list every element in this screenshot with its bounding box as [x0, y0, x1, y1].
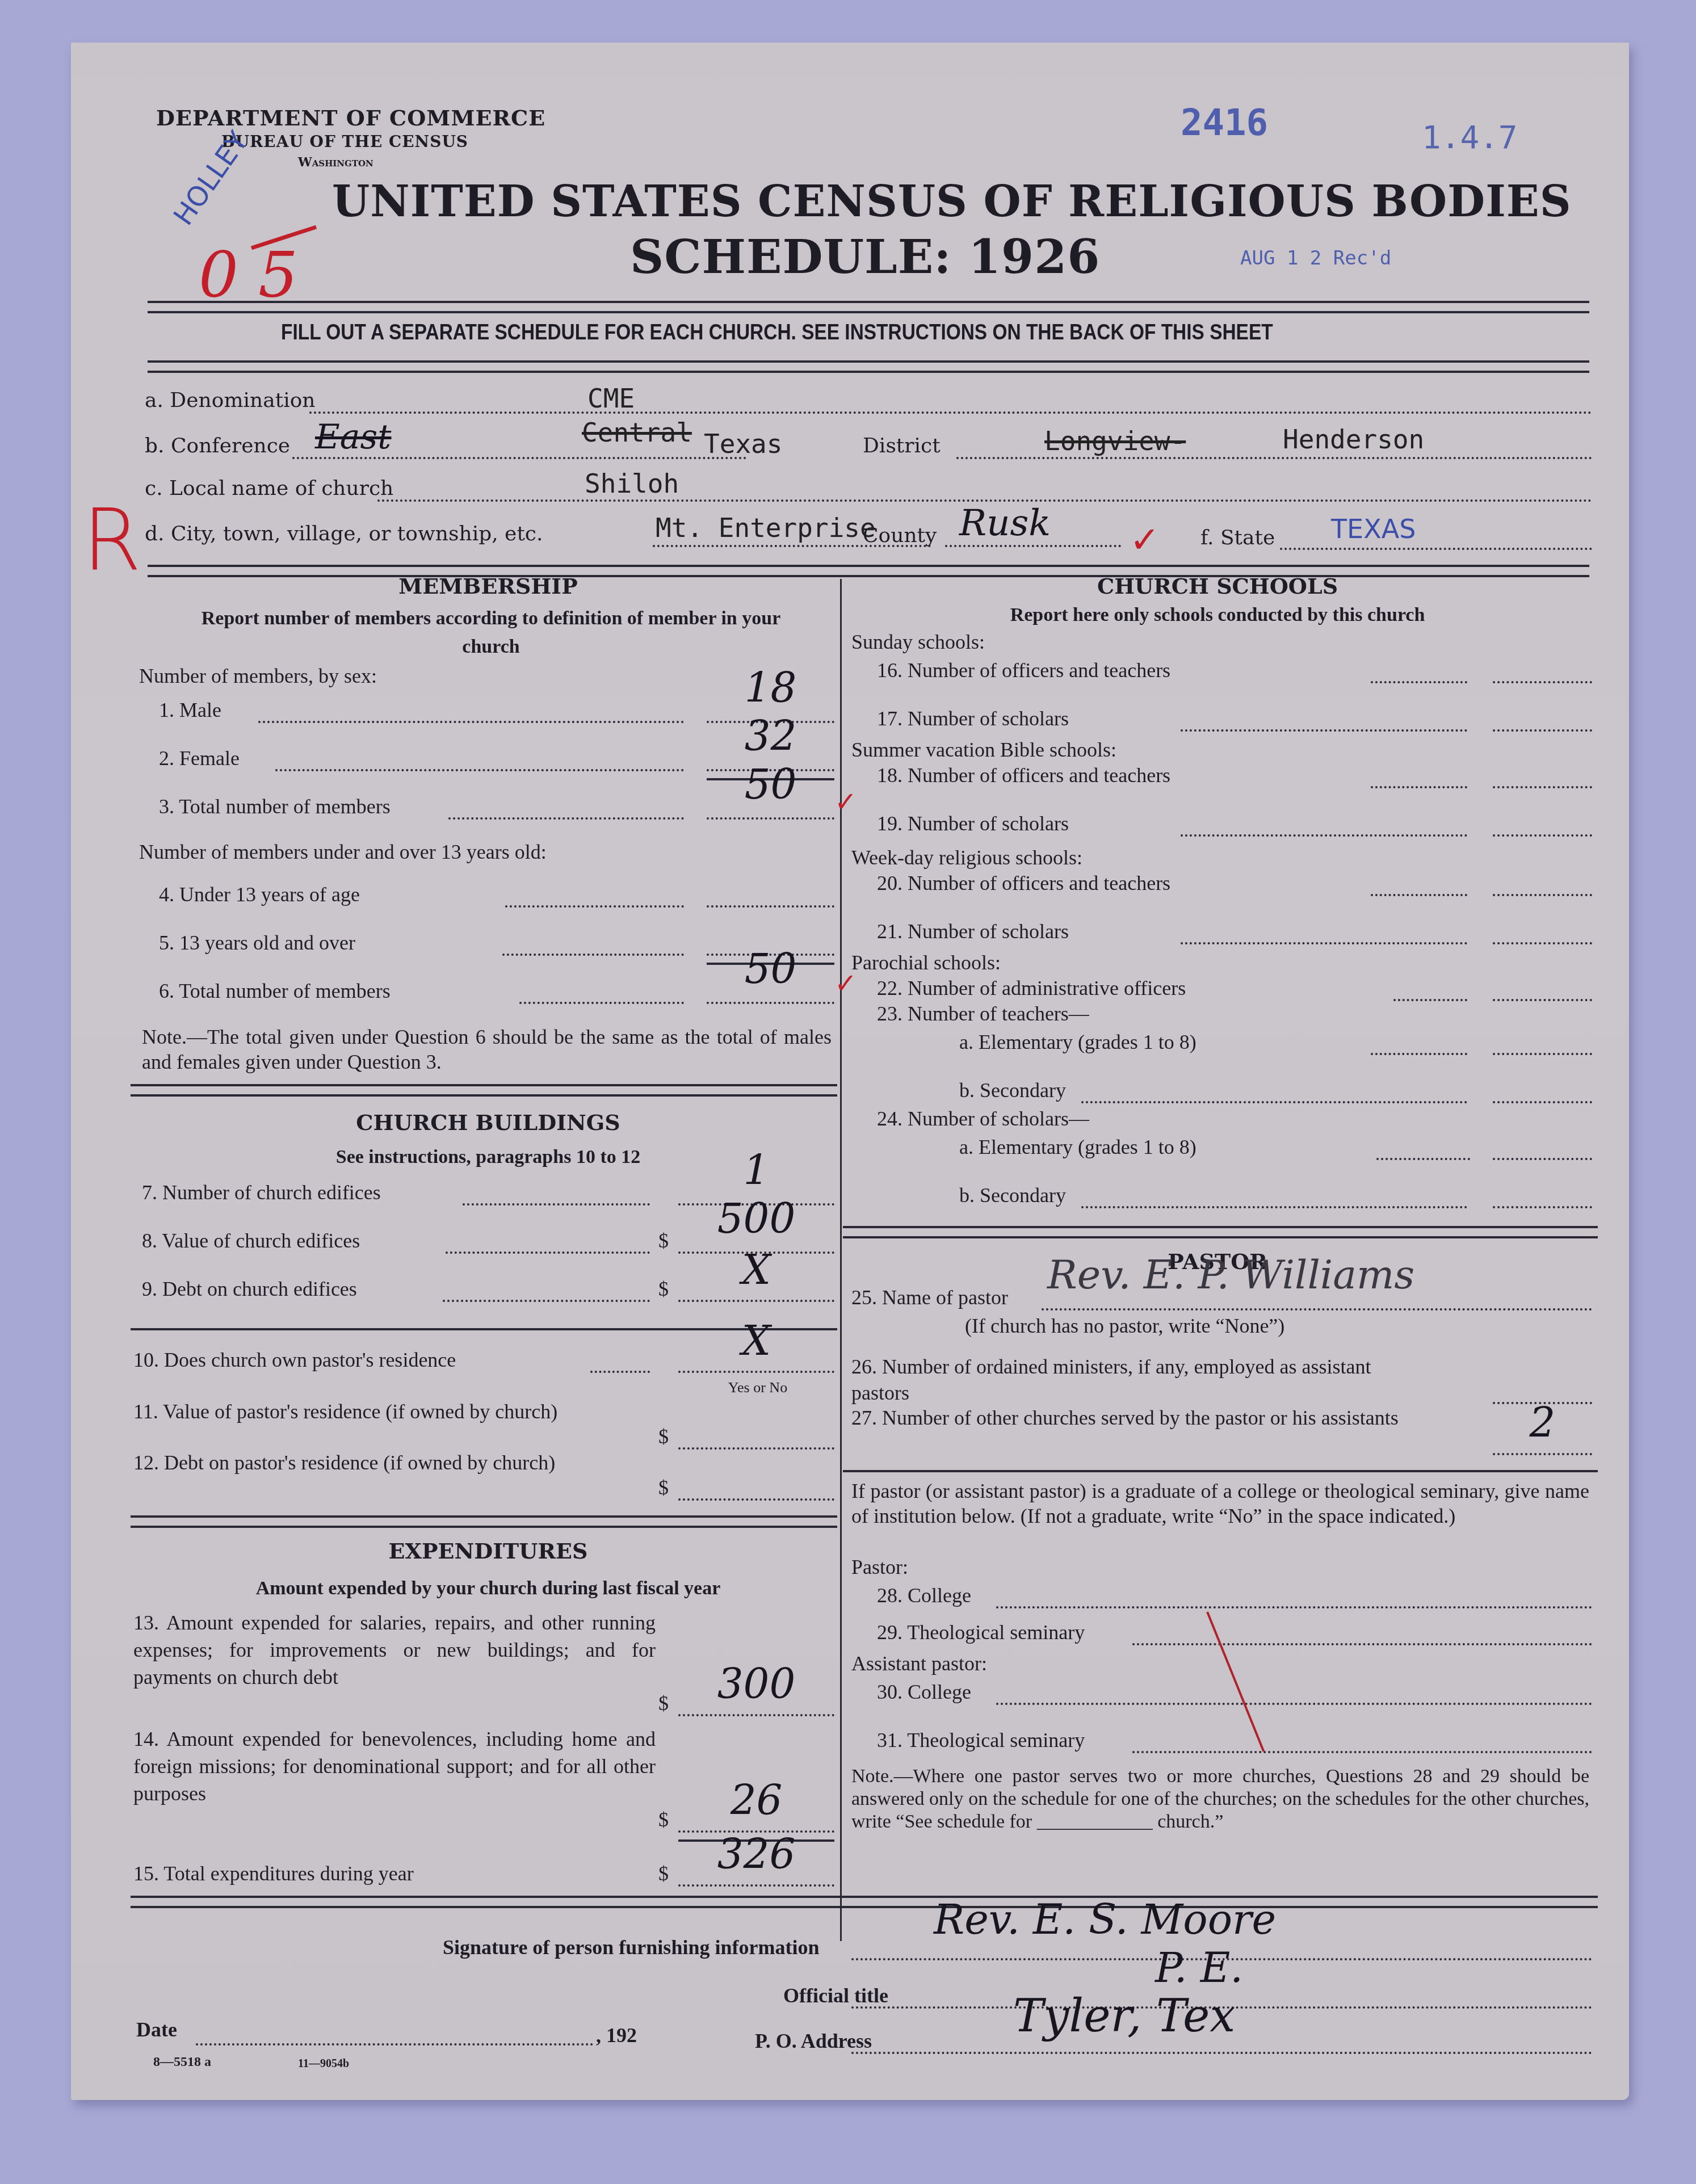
parochial-schools-label: Parochial schools: [851, 951, 1001, 975]
state-field[interactable] [1280, 548, 1592, 550]
dollar-sign: $ [658, 1425, 669, 1448]
date-year-prefix: , 192 [596, 2023, 637, 2047]
pastor-name-label: 25. Name of pastor [851, 1286, 1008, 1309]
dollar-sign: $ [658, 1862, 669, 1885]
leader-dots [1371, 894, 1467, 896]
sunday-scholars-field[interactable] [1493, 729, 1592, 732]
summer-officers-field[interactable] [1493, 786, 1592, 788]
weekday-scholars-field[interactable] [1493, 942, 1592, 944]
city-value: Mt. Enterprise [656, 513, 876, 543]
pastor-name-value: Rev. E. P. Williams [1047, 1251, 1414, 1298]
college-field[interactable] [996, 1606, 1592, 1608]
by-sex-label: Number of members, by sex: [139, 664, 377, 688]
sunday-officers-field[interactable] [1493, 681, 1592, 683]
residence-debt-field[interactable] [678, 1498, 834, 1501]
leader-dots [590, 1371, 650, 1373]
leader-dots [1181, 834, 1467, 837]
date-label: Date [136, 2018, 177, 2042]
edifices-debt-value: X [678, 1246, 834, 1293]
instruction-banner: FILL OUT A SEPARATE SCHEDULE FOR EACH CH… [281, 321, 1273, 345]
asst-seminary-label: 31. Theological seminary [877, 1728, 1085, 1752]
state-label: f. State [1200, 526, 1275, 549]
admin-officers-field[interactable] [1493, 999, 1592, 1001]
form-title: UNITED STATES CENSUS OF RELIGIOUS BODIES [332, 176, 1572, 226]
benevolences-value: 26 [678, 1776, 834, 1824]
female-value: 32 [707, 712, 834, 760]
conference-field[interactable] [292, 457, 746, 459]
expenditures-subheading: Amount expended by your church during la… [139, 1578, 837, 1599]
weekday-schools-label: Week-day religious schools: [851, 846, 1082, 870]
dollar-sign: $ [658, 1808, 669, 1832]
teachers-secondary-label: b. Secondary [959, 1078, 1066, 1102]
po-address-value: Tyler, Tex [1013, 1989, 1235, 2042]
county-label: County [863, 524, 937, 547]
pastor-name-hint: (If church has no pastor, write “None”) [965, 1314, 1284, 1338]
conference-label: b. Conference [145, 434, 290, 457]
city-heading: Washington [298, 155, 373, 170]
page-number-stamp: 1.4.7 [1422, 119, 1518, 156]
leader-dots [1376, 1158, 1470, 1160]
buildings-heading: CHURCH BUILDINGS [139, 1110, 837, 1135]
red-r-mark: R [82, 491, 141, 590]
leader-dots [1181, 942, 1467, 944]
buildings-bottom-rule [131, 1515, 837, 1528]
dollar-sign: $ [658, 1277, 669, 1301]
leader-dots [443, 1300, 650, 1302]
total-members-label: 3. Total number of members [159, 795, 391, 818]
other-churches-field[interactable] [1493, 1453, 1592, 1455]
residence-value-label: 11. Value of pastor's residence (if owne… [133, 1399, 656, 1424]
scholars-secondary-label: b. Secondary [959, 1183, 1066, 1207]
leader-dots [258, 721, 684, 723]
edifices-count-label: 7. Number of church edifices [142, 1181, 381, 1204]
schools-rule [843, 1226, 1598, 1238]
weekday-officers-field[interactable] [1493, 894, 1592, 896]
edifices-debt-field[interactable] [678, 1300, 834, 1302]
header-double-rule [148, 301, 1589, 313]
district-struck: Longview- [1044, 426, 1186, 456]
county-value: Rusk [959, 502, 1051, 544]
denomination-field[interactable] [309, 411, 1592, 414]
district-label: District [863, 434, 941, 457]
membership-rule [131, 1084, 837, 1097]
file-number-stamp: 2416 [1181, 102, 1268, 144]
conference-struck-handwritten: East [315, 417, 391, 457]
teachers-elementary-field[interactable] [1493, 1053, 1592, 1055]
other-churches-value: 2 [1493, 1399, 1592, 1447]
red-check-mark: ✓ [834, 786, 857, 818]
edifices-debt-label: 9. Debt on church edifices [142, 1277, 357, 1301]
column-divider [840, 579, 842, 1941]
dollar-sign: $ [658, 1691, 669, 1715]
banner-double-rule [148, 360, 1589, 373]
holley-stamp: HOLLEY [167, 126, 254, 231]
edifices-value-value: 500 [678, 1195, 834, 1242]
male-value: 18 [707, 664, 834, 712]
received-stamp: AUG 1 2 Rec'd [1240, 247, 1391, 270]
teachers-secondary-field[interactable] [1493, 1101, 1592, 1103]
under-13-field[interactable] [707, 905, 834, 908]
education-intro: If pastor (or assistant pastor) is a gra… [851, 1479, 1589, 1528]
signature-label: Signature of person furnishing informati… [443, 1935, 819, 1959]
dollar-sign: $ [658, 1476, 669, 1500]
male-label: 1. Male [159, 698, 221, 722]
sunday-officers-label: 16. Number of officers and teachers [877, 658, 1170, 682]
pastor-note: Note.—Where one pastor serves two or mor… [851, 1765, 1589, 1833]
denomination-label: a. Denomination [145, 389, 316, 412]
census-schedule-sheet: DEPARTMENT OF COMMERCE BUREAU OF THE CEN… [71, 43, 1629, 2100]
total-members-value: 50 [707, 761, 834, 808]
official-title-value: P. E. [1155, 1944, 1243, 1992]
assistant-pastors-label: 26. Number of ordained ministers, if any… [851, 1354, 1419, 1406]
edifices-count-value: 1 [678, 1146, 834, 1194]
scholars-elementary-field[interactable] [1493, 1158, 1592, 1160]
asst-seminary-field[interactable] [1132, 1751, 1592, 1753]
leader-dots [1371, 1053, 1467, 1055]
district-value: Henderson [1283, 424, 1424, 455]
city-label: d. City, town, village, or township, etc… [145, 522, 543, 545]
church-name-label: c. Local name of church [145, 477, 393, 500]
membership-heading: MEMBERSHIP [139, 573, 837, 599]
seminary-label: 29. Theological seminary [877, 1620, 1085, 1644]
leader-dots [1081, 1101, 1467, 1103]
summer-scholars-field[interactable] [1493, 834, 1592, 837]
running-expenses-value: 300 [678, 1660, 834, 1708]
over-13-label: 5. 13 years old and over [159, 931, 355, 955]
asst-college-field[interactable] [996, 1703, 1592, 1705]
total-members-age-field[interactable] [707, 1002, 834, 1004]
total-expenditures-field[interactable] [678, 1884, 834, 1887]
leader-dots [1371, 786, 1467, 788]
red-check-mark: ✓ [1130, 519, 1160, 561]
po-address-label: P. O. Address [755, 2029, 872, 2053]
total-members-field[interactable] [707, 817, 834, 820]
summer-schools-label: Summer vacation Bible schools: [851, 738, 1116, 762]
age-group-label: Number of members under and over 13 year… [139, 840, 547, 864]
benevolences-label: 14. Amount expended for benevolences, in… [133, 1725, 656, 1807]
total-expenditures-value: 326 [678, 1830, 834, 1878]
under-13-label: 4. Under 13 years of age [159, 883, 360, 906]
residence-debt-label: 12. Debt on pastor's residence (if owned… [133, 1450, 656, 1475]
membership-note: Note.—The total given under Question 6 s… [142, 1024, 832, 1074]
county-field[interactable] [945, 545, 1121, 547]
yes-no-hint: Yes or No [684, 1379, 832, 1396]
sunday-schools-label: Sunday schools: [851, 630, 985, 654]
pastor-name-field[interactable] [1042, 1308, 1592, 1311]
weekday-scholars-label: 21. Number of scholars [877, 919, 1069, 943]
state-value: TEXAS [1331, 514, 1416, 544]
other-churches-label: 27. Number of other churches served by t… [851, 1405, 1419, 1431]
leader-dots [275, 769, 684, 771]
total-expenditures-label: 15. Total expenditures during year [133, 1862, 414, 1885]
leader-dots [463, 1203, 650, 1206]
sunday-scholars-label: 17. Number of scholars [877, 707, 1069, 730]
seminary-field[interactable] [1132, 1643, 1592, 1645]
owns-residence-label: 10. Does church own pastor's residence [133, 1348, 456, 1372]
pastor-rule [843, 1470, 1598, 1472]
denomination-value: CME [587, 383, 635, 414]
scholars-secondary-field[interactable] [1493, 1206, 1592, 1208]
female-label: 2. Female [159, 746, 240, 770]
district-field[interactable] [956, 457, 1592, 459]
running-expenses-label: 13. Amount expended for salaries, repair… [133, 1609, 656, 1691]
weekday-officers-label: 20. Number of officers and teachers [877, 871, 1170, 895]
footer-double-rule [131, 1896, 1598, 1908]
asst-college-label: 30. College [877, 1680, 971, 1704]
running-expenses-field[interactable] [678, 1714, 834, 1716]
admin-officers-label: 22. Number of administrative officers [877, 976, 1186, 1000]
conference-struck-typed: Central [582, 417, 692, 448]
leader-dots [505, 905, 684, 908]
teachers-label: 23. Number of teachers— [877, 1002, 1089, 1026]
leader-dots [1393, 999, 1467, 1001]
schools-subheading: Report here only schools conducted by th… [849, 604, 1586, 626]
red-code-mark: 0 5 [199, 238, 298, 311]
leader-dots [1371, 681, 1467, 683]
total-members-age-label: 6. Total number of members [159, 979, 391, 1003]
red-strike-line [1206, 1611, 1265, 1752]
assistant-subsection-label: Assistant pastor: [851, 1652, 987, 1675]
leader-dots [446, 1251, 650, 1254]
teachers-elementary-label: a. Elementary (grades 1 to 8) [959, 1030, 1197, 1054]
expenditures-heading: EXPENDITURES [139, 1538, 837, 1564]
form-number: 8—5518 a [153, 2055, 211, 2070]
summer-scholars-label: 19. Number of scholars [877, 812, 1069, 835]
leader-dots [448, 817, 684, 820]
owns-residence-field[interactable] [678, 1371, 834, 1373]
leader-dots [1181, 729, 1467, 732]
bureau-heading: BUREAU OF THE CENSUS [221, 132, 468, 151]
summer-officers-label: 18. Number of officers and teachers [877, 763, 1170, 787]
church-name-value: Shiloh [585, 468, 679, 499]
college-label: 28. College [877, 1584, 971, 1607]
owns-residence-value: X [678, 1317, 834, 1364]
signature-value: Rev. E. S. Moore [934, 1896, 1276, 1943]
leader-dots [502, 954, 684, 956]
schools-heading: CHURCH SCHOOLS [849, 573, 1586, 599]
church-name-field[interactable] [377, 499, 1592, 502]
po-address-field[interactable] [851, 2052, 1592, 2054]
department-heading: DEPARTMENT OF COMMERCE [156, 105, 545, 131]
official-title-label: Official title [783, 1984, 888, 2007]
leader-dots [519, 1002, 684, 1004]
date-field[interactable] [196, 2043, 593, 2046]
print-number: 11—9054b [298, 2057, 349, 2070]
edifices-value-label: 8. Value of church edifices [142, 1229, 360, 1253]
dollar-sign: $ [658, 1229, 669, 1253]
conference-value: Texas [704, 429, 782, 459]
total-members-age-value: 50 [707, 945, 834, 993]
scholars-elementary-label: a. Elementary (grades 1 to 8) [959, 1135, 1197, 1159]
pastor-subsection-label: Pastor: [851, 1555, 908, 1579]
schedule-year: SCHEDULE: 1926 [630, 230, 1100, 284]
residence-value-field[interactable] [678, 1447, 834, 1450]
scholars-label: 24. Number of scholars— [877, 1107, 1089, 1131]
membership-subheading: Report number of members according to de… [184, 604, 797, 661]
leader-dots [1081, 1206, 1467, 1208]
